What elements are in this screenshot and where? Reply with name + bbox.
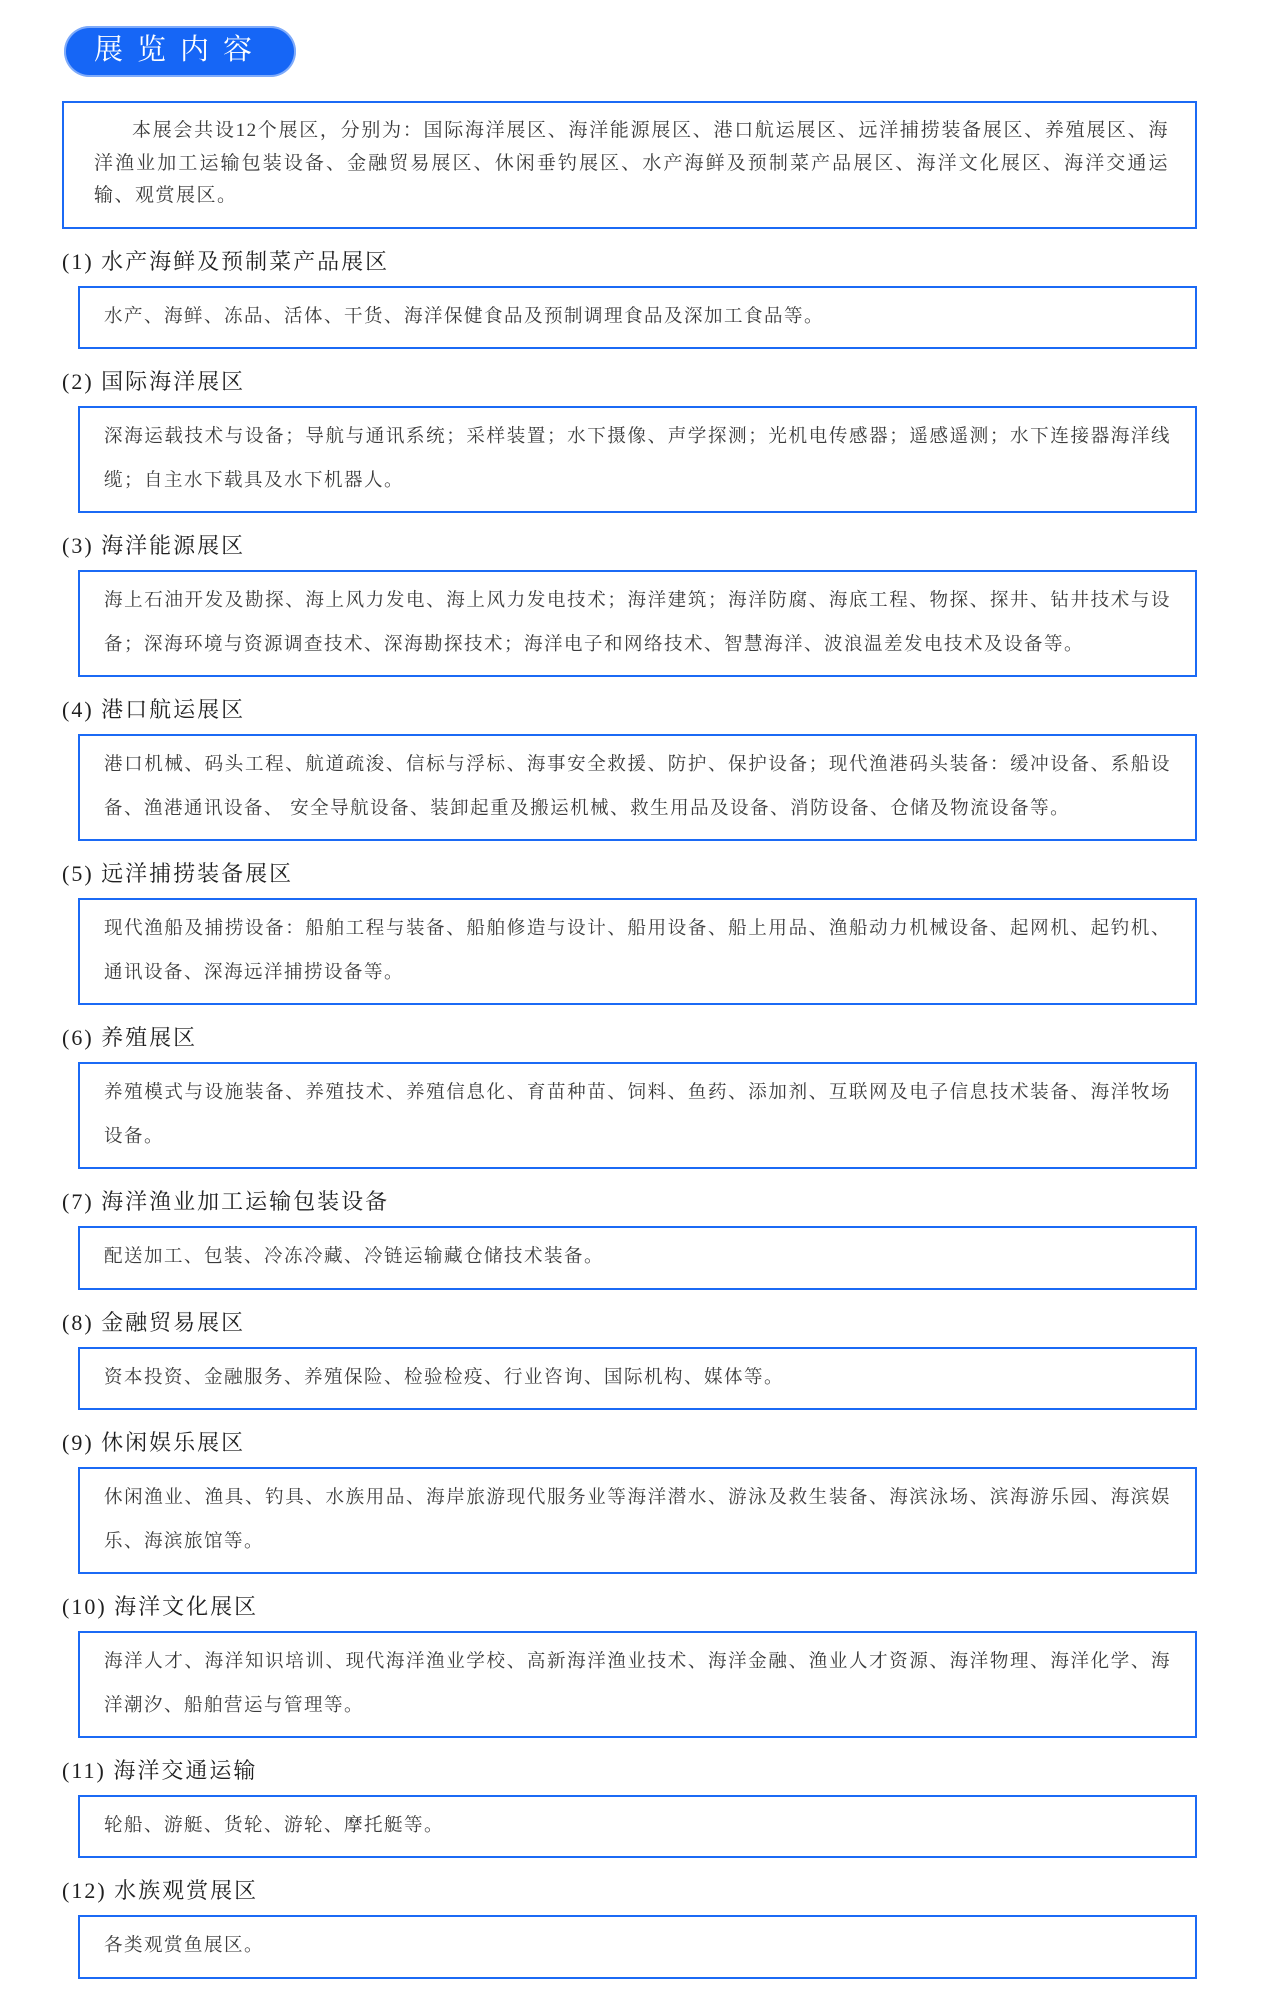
section-5-heading: (5) 远洋捕捞装备展区 <box>62 857 1197 888</box>
section-7-box: 配送加工、包装、冷冻冷藏、冷链运输藏仓储技术装备。 <box>78 1226 1197 1289</box>
intro-box: 本展会共设12个展区，分别为：国际海洋展区、海洋能源展区、港口航运展区、远洋捕捞… <box>62 101 1197 229</box>
section-2-box: 深海运载技术与设备；导航与通讯系统；采样装置；水下摄像、声学探测；光机电传感器；… <box>78 406 1197 513</box>
section-11: (11) 海洋交通运输 轮船、游艇、货轮、游轮、摩托艇等。 <box>62 1754 1197 1858</box>
section-4-heading: (4) 港口航运展区 <box>62 693 1197 724</box>
section-9-heading: (9) 休闲娱乐展区 <box>62 1426 1197 1457</box>
section-7-heading: (7) 海洋渔业加工运输包装设备 <box>62 1185 1197 1216</box>
section-1-body: 水产、海鲜、冻品、活体、干货、海洋保健食品及预制调理食品及深加工食品等。 <box>104 296 1171 339</box>
section-9-body: 休闲渔业、渔具、钓具、水族用品、海岸旅游现代服务业等海洋潜水、游泳及救生装备、海… <box>104 1477 1171 1564</box>
section-7-body: 配送加工、包装、冷冻冷藏、冷链运输藏仓储技术装备。 <box>104 1236 1171 1279</box>
page-title-badge: 展览内容 <box>64 26 296 77</box>
section-3-body: 海上石油开发及勘探、海上风力发电、海上风力发电技术；海洋建筑；海洋防腐、海底工程… <box>104 580 1171 667</box>
section-6-heading: (6) 养殖展区 <box>62 1021 1197 1052</box>
section-4: (4) 港口航运展区 港口机械、码头工程、航道疏浚、信标与浮标、海事安全救援、防… <box>62 693 1197 841</box>
section-10-box: 海洋人才、海洋知识培训、现代海洋渔业学校、高新海洋渔业技术、海洋金融、渔业人才资… <box>78 1631 1197 1738</box>
section-11-heading: (11) 海洋交通运输 <box>62 1754 1197 1785</box>
section-11-body: 轮船、游艇、货轮、游轮、摩托艇等。 <box>104 1805 1171 1848</box>
intro-text: 本展会共设12个展区，分别为：国际海洋展区、海洋能源展区、港口航运展区、远洋捕捞… <box>94 115 1169 213</box>
section-8-box: 资本投资、金融服务、养殖保险、检验检疫、行业咨询、国际机构、媒体等。 <box>78 1347 1197 1410</box>
section-11-box: 轮船、游艇、货轮、游轮、摩托艇等。 <box>78 1795 1197 1858</box>
section-12: (12) 水族观赏展区 各类观赏鱼展区。 <box>62 1874 1197 1978</box>
section-9: (9) 休闲娱乐展区 休闲渔业、渔具、钓具、水族用品、海岸旅游现代服务业等海洋潜… <box>62 1426 1197 1574</box>
section-6-body: 养殖模式与设施装备、养殖技术、养殖信息化、育苗种苗、饲料、鱼药、添加剂、互联网及… <box>104 1072 1171 1159</box>
section-3-box: 海上石油开发及勘探、海上风力发电、海上风力发电技术；海洋建筑；海洋防腐、海底工程… <box>78 570 1197 677</box>
section-8-body: 资本投资、金融服务、养殖保险、检验检疫、行业咨询、国际机构、媒体等。 <box>104 1357 1171 1400</box>
section-7: (7) 海洋渔业加工运输包装设备 配送加工、包装、冷冻冷藏、冷链运输藏仓储技术装… <box>62 1185 1197 1289</box>
section-1: (1) 水产海鲜及预制菜产品展区 水产、海鲜、冻品、活体、干货、海洋保健食品及预… <box>62 245 1197 349</box>
section-5: (5) 远洋捕捞装备展区 现代渔船及捕捞设备：船舶工程与装备、船舶修造与设计、船… <box>62 857 1197 1005</box>
section-10-body: 海洋人才、海洋知识培训、现代海洋渔业学校、高新海洋渔业技术、海洋金融、渔业人才资… <box>104 1641 1171 1728</box>
section-12-box: 各类观赏鱼展区。 <box>78 1915 1197 1978</box>
section-2-body: 深海运载技术与设备；导航与通讯系统；采样装置；水下摄像、声学探测；光机电传感器；… <box>104 416 1171 503</box>
section-1-heading: (1) 水产海鲜及预制菜产品展区 <box>62 245 1197 276</box>
section-5-body: 现代渔船及捕捞设备：船舶工程与装备、船舶修造与设计、船用设备、船上用品、渔船动力… <box>104 908 1171 995</box>
section-2-heading: (2) 国际海洋展区 <box>62 365 1197 396</box>
section-3: (3) 海洋能源展区 海上石油开发及勘探、海上风力发电、海上风力发电技术；海洋建… <box>62 529 1197 677</box>
section-8-heading: (8) 金融贸易展区 <box>62 1306 1197 1337</box>
section-4-body: 港口机械、码头工程、航道疏浚、信标与浮标、海事安全救援、防护、保护设备；现代渔港… <box>104 744 1171 831</box>
section-10: (10) 海洋文化展区 海洋人才、海洋知识培训、现代海洋渔业学校、高新海洋渔业技… <box>62 1590 1197 1738</box>
section-4-box: 港口机械、码头工程、航道疏浚、信标与浮标、海事安全救援、防护、保护设备；现代渔港… <box>78 734 1197 841</box>
section-8: (8) 金融贸易展区 资本投资、金融服务、养殖保险、检验检疫、行业咨询、国际机构… <box>62 1306 1197 1410</box>
exhibition-content-page: 展览内容 本展会共设12个展区，分别为：国际海洋展区、海洋能源展区、港口航运展区… <box>0 0 1275 2013</box>
section-2: (2) 国际海洋展区 深海运载技术与设备；导航与通讯系统；采样装置；水下摄像、声… <box>62 365 1197 513</box>
section-10-heading: (10) 海洋文化展区 <box>62 1590 1197 1621</box>
section-12-heading: (12) 水族观赏展区 <box>62 1874 1197 1905</box>
section-5-box: 现代渔船及捕捞设备：船舶工程与装备、船舶修造与设计、船用设备、船上用品、渔船动力… <box>78 898 1197 1005</box>
section-1-box: 水产、海鲜、冻品、活体、干货、海洋保健食品及预制调理食品及深加工食品等。 <box>78 286 1197 349</box>
section-6: (6) 养殖展区 养殖模式与设施装备、养殖技术、养殖信息化、育苗种苗、饲料、鱼药… <box>62 1021 1197 1169</box>
section-12-body: 各类观赏鱼展区。 <box>104 1925 1171 1968</box>
section-3-heading: (3) 海洋能源展区 <box>62 529 1197 560</box>
section-6-box: 养殖模式与设施装备、养殖技术、养殖信息化、育苗种苗、饲料、鱼药、添加剂、互联网及… <box>78 1062 1197 1169</box>
section-9-box: 休闲渔业、渔具、钓具、水族用品、海岸旅游现代服务业等海洋潜水、游泳及救生装备、海… <box>78 1467 1197 1574</box>
